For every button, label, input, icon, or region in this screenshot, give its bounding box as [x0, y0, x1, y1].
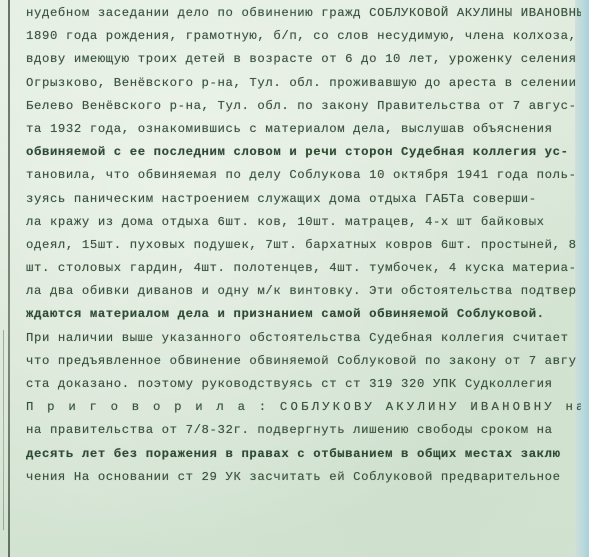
text-line: вдову имеющую троих детей в возрасте от …	[26, 48, 581, 71]
text-line: та 1932 года, ознакомившись с материалом…	[26, 118, 581, 141]
text-line: нудебном заседании дело по обвинению гра…	[26, 2, 581, 25]
text-line: Белево Венёвского р-на, Тул. обл. по зак…	[26, 95, 581, 118]
text-line: что предъявленное обвинение обвиняемой С…	[26, 350, 581, 373]
text-line: П р и г о в о р и л а : СОБЛУКОВУ АКУЛИН…	[26, 396, 581, 419]
text-line: ста доказано. поэтому руководствуясь ст …	[26, 373, 581, 396]
text-line: обвиняемой с ее последним словом и речи …	[26, 141, 581, 164]
text-line: на правительства от 7/8-32г. подвергнуть…	[26, 419, 581, 442]
text-line: десять лет без поражения в правах с отбы…	[26, 443, 581, 466]
paper-fold-line-secondary	[3, 330, 4, 530]
text-line: чения На основании ст 29 УК засчитать ей…	[26, 466, 581, 489]
text-line: Огрызково, Венёвского р-на, Тул. обл. пр…	[26, 72, 581, 95]
text-line: При наличии выше указанного обстоятельст…	[26, 327, 581, 350]
text-line: ждаются материалом дела и признанием сам…	[26, 303, 581, 326]
text-line: ла два обивки диванов и одну м/к винтовк…	[26, 280, 581, 303]
text-line: ла кражу из дома отдыха 6шт. ков, 10шт. …	[26, 211, 581, 234]
text-line: шт. столовых гардин, 4шт. полотенцев, 4ш…	[26, 257, 581, 280]
text-line: 1890 года рождения, грамотную, б/п, со с…	[26, 25, 581, 48]
typewritten-text: нудебном заседании дело по обвинению гра…	[26, 2, 581, 489]
paper-fold-line	[8, 0, 10, 557]
text-line: тановила, что обвиняемая по делу Соблуко…	[26, 164, 581, 187]
text-line: одеял, 15шт. пуховых подушек, 7шт. барха…	[26, 234, 581, 257]
text-line: зуясь паническим настроением служащих до…	[26, 188, 581, 211]
